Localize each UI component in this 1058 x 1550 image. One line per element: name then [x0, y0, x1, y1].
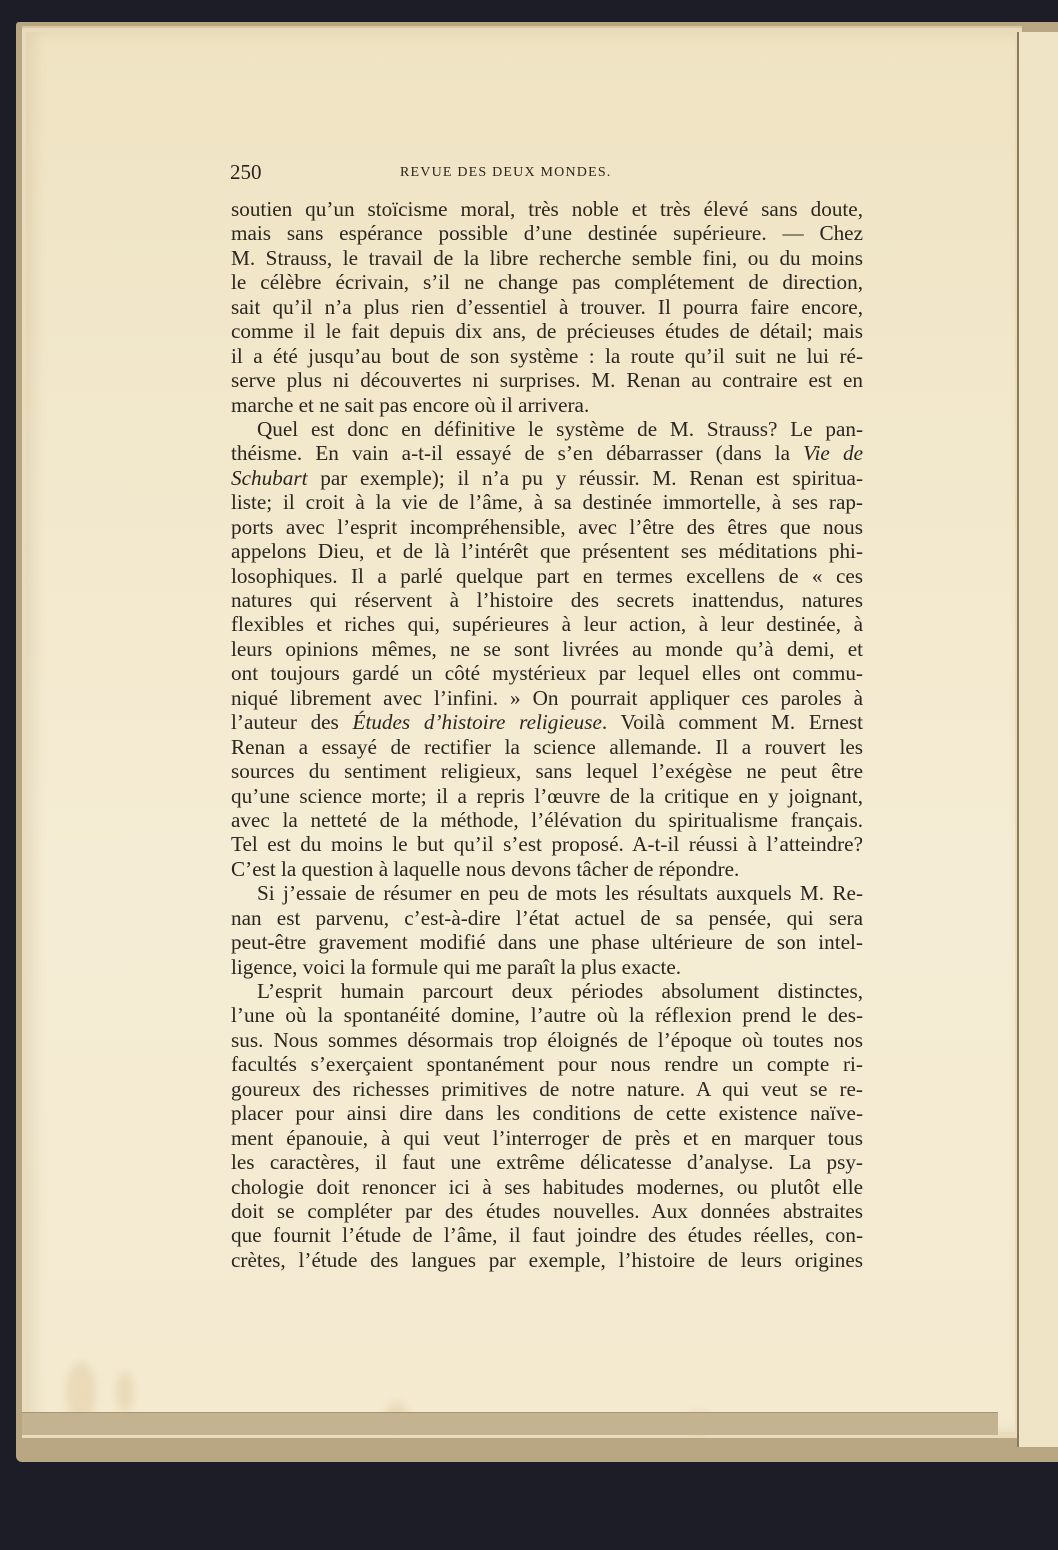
foxing-stain: [116, 1372, 134, 1412]
journal-title: REVUE DES DEUX MONDES.: [400, 165, 612, 181]
text-line: peut-être gravement modifié dans une pha…: [231, 930, 863, 954]
paragraph-start-line: Si j’essaie de résumer en peu de mots le…: [231, 881, 863, 905]
text-run: l’auteur des: [231, 710, 353, 734]
text-line: natures qui réservent à l’histoire des s…: [231, 588, 863, 612]
text-line: appelons Dieu, et de là l’intérêt que pr…: [231, 539, 863, 563]
text-line: l’auteur des Études d’histoire religieus…: [231, 710, 863, 734]
text-line: C’est la question à laquelle nous devons…: [231, 857, 863, 881]
text-line: théisme. En vain a-t-il essayé de s’en d…: [231, 441, 863, 465]
running-head: 250 REVUE DES DEUX MONDES.: [230, 160, 864, 190]
text-line: chologie doit renoncer ici à ses habitud…: [231, 1175, 863, 1199]
text-line: niqué librement avec l’infini. » On pour…: [231, 686, 863, 710]
text-line: ment épanouie, à qui veut l’interroger d…: [231, 1126, 863, 1150]
text-line: marche et ne sait pas encore où il arriv…: [231, 393, 863, 417]
text-line: sus. Nous sommes désormais trop éloignés…: [231, 1028, 863, 1052]
page-number: 250: [230, 160, 262, 185]
text-line: serve plus ni découvertes ni surprises. …: [231, 368, 863, 392]
text-line: Tel est du moins le but qu’il s’est prop…: [231, 832, 863, 856]
text-line: liste; il croit à la vie de l’âme, à sa …: [231, 490, 863, 514]
italic-title-etudes: Études d’histoire religieuse: [353, 710, 602, 734]
text-line: qu’une science morte; il a repris l’œuvr…: [231, 784, 863, 808]
text-line: leurs opinions mêmes, ne se sont livrées…: [231, 637, 863, 661]
text-line: mais sans espérance possible d’une desti…: [231, 221, 863, 245]
paragraph-start-line: Quel est donc en définitive le système d…: [231, 417, 863, 441]
text-line: sources du sentiment religieux, sans leq…: [231, 759, 863, 783]
italic-title-vie-de: Vie de: [803, 441, 863, 465]
text-line: Schubart par exemple); il n’a pu y réuss…: [231, 466, 863, 490]
facing-page-edge: [1017, 32, 1058, 1447]
text-line: nan est parvenu, c’est-à-dire l’état act…: [231, 906, 863, 930]
text-run: . Voilà comment M. Ernest: [602, 710, 863, 734]
text-line: sait qu’il n’a plus rien d’essentiel à t…: [231, 295, 863, 319]
text-line: que fournit l’étude de l’âme, il faut jo…: [231, 1223, 863, 1247]
text-line: ligence, voici la formule qui me paraît …: [231, 955, 863, 979]
italic-title-schubart: Schubart: [231, 466, 308, 490]
text-line: losophiques. Il a parlé quelque part en …: [231, 564, 863, 588]
text-line: avec la netteté de la méthode, l’élévati…: [231, 808, 863, 832]
paragraph-start-line: L’esprit humain parcourt deux périodes a…: [231, 979, 863, 1003]
text-line: ports avec l’esprit incompréhensible, av…: [231, 515, 863, 539]
text-line: flexibles et riches qui, supérieures à l…: [231, 612, 863, 636]
text-line: il a été jusqu’au bout de son système : …: [231, 344, 863, 368]
text-line: l’une où la spontanéité domine, l’autre …: [231, 1003, 863, 1027]
text-run: théisme. En vain a-t-il essayé de s’en d…: [231, 441, 803, 465]
text-line: ont toujours gardé un côté mystérieux pa…: [231, 661, 863, 685]
text-run: par exemple); il n’a pu y réussir. M. Re…: [308, 466, 863, 490]
text-line: doit se compléter par des études nouvell…: [231, 1199, 863, 1223]
text-line: M. Strauss, le travail de la libre reche…: [231, 246, 863, 270]
text-line: les caractères, il faut une extrême déli…: [231, 1150, 863, 1174]
body-text: soutien qu’un stoïcisme moral, très nobl…: [231, 197, 863, 1272]
text-line: Renan a essayé de rectifier la science a…: [231, 735, 863, 759]
text-line: crètes, l’étude des langues par exemple,…: [231, 1248, 863, 1272]
text-line: facultés s’exerçaient spontanément pour …: [231, 1052, 863, 1076]
text-line: soutien qu’un stoïcisme moral, très nobl…: [231, 197, 863, 221]
text-line: le célèbre écrivain, s’il ne change pas …: [231, 270, 863, 294]
text-line: comme il le fait depuis dix ans, de préc…: [231, 319, 863, 343]
text-line: placer pour ainsi dire dans les conditio…: [231, 1101, 863, 1125]
page-bottom-edge: [22, 1412, 998, 1435]
text-line: goureux des richesses primitives de notr…: [231, 1077, 863, 1101]
